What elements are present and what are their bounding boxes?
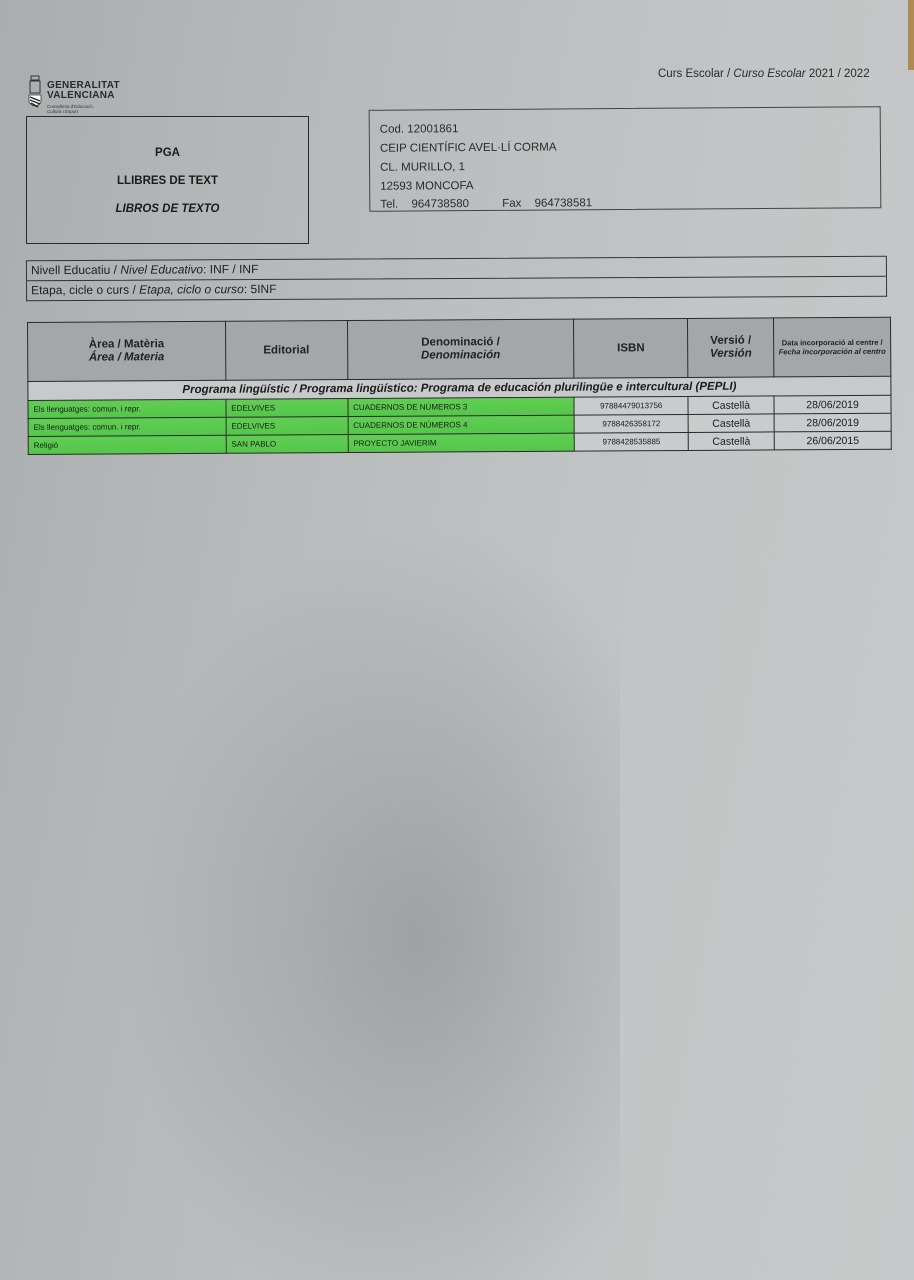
cell-area: Els llenguatges: comun. i repr. <box>28 399 226 418</box>
cell-title: CUADERNOS DE NÚMEROS 4 <box>348 415 575 434</box>
paper-shadow <box>120 520 620 1280</box>
school-info-box: Cod. 12001861 CEIP CIENTÍFIC AVEL·LÍ COR… <box>369 106 882 212</box>
school-year-label-es: Curso Escolar <box>733 68 805 80</box>
stage-label-ca: Etapa, cicle o curs / <box>31 283 136 298</box>
level-label-es: Nivel Educativo <box>120 262 203 276</box>
cell-date: 28/06/2019 <box>774 413 891 432</box>
tel-value: 964738580 <box>411 198 469 210</box>
tel-label: Tel. <box>380 199 398 211</box>
stage-value: : 5INF <box>244 282 277 296</box>
textbooks-table: Àrea / MatèriaÁrea / Materia Editorial D… <box>27 317 892 455</box>
school-year-value: 2021 / 2022 <box>809 68 870 80</box>
cell-title: CUADERNOS DE NÚMEROS 3 <box>348 397 575 416</box>
level-label-ca: Nivell Educatiu / <box>31 263 117 277</box>
coat-of-arms-icon <box>28 74 42 110</box>
cell-editorial: EDELVIVES <box>226 399 348 418</box>
cell-isbn: 9788428535885 <box>574 432 688 451</box>
col-version-ca: Versió / <box>710 335 751 347</box>
cell-title: PROYECTO JAVIERIM <box>348 433 575 452</box>
school-postal-city: 12593 MONCOFA <box>380 180 473 193</box>
fax-value: 964738581 <box>535 197 593 209</box>
title-catalan: LLIBRES DE TEXT <box>27 175 308 187</box>
col-denomination: Denominació /Denominación <box>347 319 574 379</box>
school-code: Cod. 12001861 <box>380 123 459 136</box>
school-address: CL. MURILLO, 1 <box>380 161 465 174</box>
col-editorial: Editorial <box>225 321 347 381</box>
cell-editorial: EDELVIVES <box>226 417 348 436</box>
cell-isbn: 9788426358172 <box>574 414 688 433</box>
level-info-box: Nivell Educatiu / Nivel Educativo: INF /… <box>26 256 887 303</box>
cell-version: Castellà <box>688 414 774 433</box>
table-header-row: Àrea / MatèriaÁrea / Materia Editorial D… <box>28 317 891 381</box>
cell-version: Castellà <box>688 432 774 451</box>
school-contact: Tel. 964738580 Fax 964738581 <box>380 197 592 210</box>
school-name: CEIP CIENTÍFIC AVEL·LÍ CORMA <box>380 141 557 154</box>
stage-label-es: Etapa, ciclo o curso <box>139 282 244 297</box>
fax-label: Fax <box>502 198 521 210</box>
cell-isbn: 97884479013756 <box>574 396 688 415</box>
logo-name: GENERALITAT VALENCIANA <box>47 81 120 101</box>
title-pga: PGA <box>27 147 308 159</box>
col-denom-es: Denominación <box>421 349 500 361</box>
cell-date: 28/06/2019 <box>774 395 891 414</box>
table-row: Religió SAN PABLO PROYECTO JAVIERIM 9788… <box>28 431 891 454</box>
cell-version: Castellà <box>688 396 774 415</box>
cell-area: Religió <box>28 435 226 454</box>
school-year-label-ca: Curs Escolar / <box>658 68 730 80</box>
cell-date: 26/06/2015 <box>774 431 891 450</box>
col-area-es: Área / Materia <box>89 351 165 363</box>
title-spanish: LIBROS DE TEXTO <box>27 203 308 215</box>
level-value: : INF / INF <box>203 262 258 276</box>
school-year: Curs Escolar / Curso Escolar 2021 / 2022 <box>658 68 870 80</box>
cell-area: Els llenguatges: comun. i repr. <box>28 417 226 436</box>
col-isbn: ISBN <box>574 318 688 378</box>
logo-line-2: VALENCIANA <box>47 91 120 101</box>
cell-editorial: SAN PABLO <box>226 435 348 454</box>
col-version-es: Versión <box>710 348 752 360</box>
col-date: Data incorporació al centre /Fecha incor… <box>774 317 891 377</box>
logo-department: Conselleria d'Educació, Cultura i Esport <box>47 104 94 114</box>
col-area-ca: Àrea / Matèria <box>89 338 165 350</box>
col-denom-ca: Denominació / <box>421 336 500 348</box>
dept-line-2: Cultura i Esport <box>47 109 94 114</box>
desk-edge <box>908 0 914 70</box>
stage-row: Etapa, cicle o curs / Etapa, ciclo o cur… <box>26 277 887 302</box>
col-date-es: Fecha incorporación al centro <box>779 347 886 357</box>
generalitat-logo: GENERALITAT VALENCIANA Conselleria d'Edu… <box>28 74 138 118</box>
document-title-box: PGA LLIBRES DE TEXT LIBROS DE TEXTO <box>26 116 309 244</box>
col-version: Versió /Versión <box>688 318 774 378</box>
col-area: Àrea / MatèriaÁrea / Materia <box>28 321 226 381</box>
